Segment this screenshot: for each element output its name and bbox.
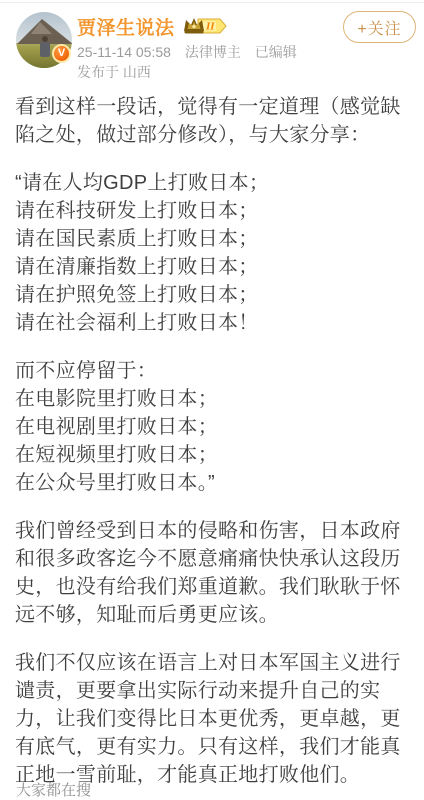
vip-crown-badge-icon[interactable]: II: [181, 15, 229, 37]
post-paragraph: 而不应停留于： 在电影院里打败日本； 在电视剧里打败日本； 在短视频里打败日本；…: [15, 357, 408, 497]
avatar-person: [40, 42, 50, 57]
post-location: 发布于 山西: [77, 62, 408, 80]
weibo-post-page: V 贾泽生说法 II 25-11-14 05:58: [0, 0, 424, 800]
post-body: 看到这样一段话，觉得有一定道理（感觉缺陷之处，做过部分修改），与大家分享： “请…: [0, 80, 424, 789]
tag-edited: 已编辑: [255, 44, 297, 60]
post-paragraph: “请在人均GDP上打败日本； 请在科技研发上打败日本； 请在国民素质上打败日本；…: [15, 169, 408, 337]
verified-v-icon: V: [52, 44, 71, 63]
post-meta-row: 25-11-14 05:58 法律博主 已编辑: [77, 42, 408, 60]
post-paragraph: 看到这样一段话，觉得有一定道理（感觉缺陷之处，做过部分修改），与大家分享：: [15, 93, 408, 149]
post-paragraph: 我们不仅应该在语言上对日本军国主义进行谴责，更要拿出实际行动来提升自己的实力，让…: [15, 649, 408, 789]
follow-button[interactable]: +关注: [343, 11, 416, 43]
post-paragraph: 我们曾经受到日本的侵略和伤害，日本政府和很多政客迄今不愿意痛痛快快承认这段历史，…: [15, 517, 408, 629]
username[interactable]: 贾泽生说法: [77, 13, 175, 40]
avatar-mountain-highlight: [31, 22, 52, 34]
timestamp: 25-11-14 05:58: [77, 44, 171, 60]
tag-legal-blogger: 法律博主: [185, 44, 241, 60]
post-header: V 贾泽生说法 II 25-11-14 05:58: [0, 0, 424, 80]
avatar-person-head: [42, 36, 48, 42]
vip-level-text: II: [205, 21, 215, 33]
trending-search-header: 大家都在搜: [16, 779, 91, 800]
